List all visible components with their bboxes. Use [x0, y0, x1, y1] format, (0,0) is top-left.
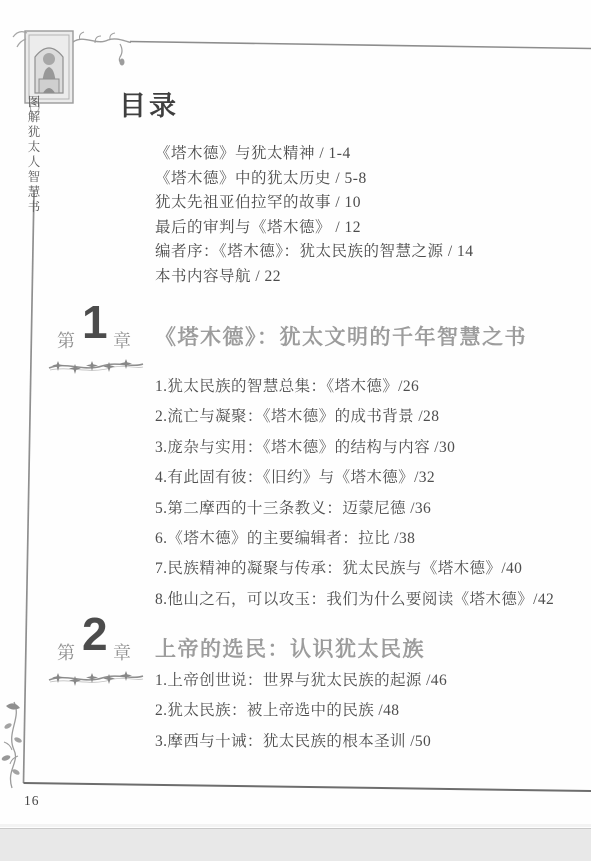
toc-entry: 5.第二摩西的十三条教义：迈蒙尼德 /36	[155, 494, 575, 524]
toc-entry: 6.《塔木德》的主要编辑者：拉比 /38	[155, 524, 575, 554]
left-rule-line	[24, 190, 35, 783]
chapter-title: 《塔木德》：犹太文明的千年智慧之书	[155, 321, 527, 351]
toc-entry: 7.民族精神的凝聚与传承：犹太民族与《塔木德》/40	[155, 554, 575, 584]
toc-entry: 2.流亡与凝聚：《塔木德》的成书背景 /28	[155, 402, 575, 432]
chapter-vine-ornament	[48, 663, 144, 689]
toc-entry: 犹太先祖亚伯拉罕的故事 / 10	[155, 191, 555, 216]
chapter-label-suffix: 章	[113, 327, 132, 353]
toc-entry: 本书内容导航 / 22	[155, 265, 555, 290]
chapter-number: 1	[82, 299, 108, 345]
chapter-vine-ornament	[48, 351, 144, 377]
chapter-title: 上帝的选民：认识犹太民族	[155, 633, 425, 663]
chapter-label-suffix: 章	[113, 639, 132, 665]
toc-entry: 3.摩西与十诫：犹太民族的根本圣训 /50	[155, 727, 575, 757]
chapter-label-prefix: 第	[57, 639, 76, 665]
front-matter-list: 《塔木德》与犹太精神 / 1-4 《塔木德》中的犹太历史 / 5-8 犹太先祖亚…	[155, 142, 555, 289]
toc-entry: 《塔木德》与犹太精神 / 1-4	[155, 142, 555, 167]
toc-entry: 4.有此固有彼：《旧约》与《塔木德》/32	[155, 463, 575, 493]
chapter-1-items: 1.犹太民族的智慧总集：《塔木德》/26 2.流亡与凝聚：《塔木德》的成书背景 …	[155, 372, 575, 615]
illuminated-ornament	[13, 31, 73, 115]
toc-entry: 编者序：《塔木德》：犹太民族的智慧之源 / 14	[155, 240, 555, 265]
top-vine	[73, 32, 131, 66]
chapter-1-header: 第 1 章 《塔木德》：犹太文明的千年智慧之书	[55, 303, 555, 383]
toc-entry: 1.犹太民族的智慧总集：《塔木德》/26	[155, 372, 575, 402]
toc-entry: 1.上帝创世说：世界与犹太民族的起源 /46	[155, 666, 575, 696]
toc-entry: 《塔木德》中的犹太历史 / 5-8	[155, 167, 555, 192]
toc-entry: 3.庞杂与实用：《塔木德》的结构与内容 /30	[155, 433, 575, 463]
page-title: 目录	[119, 84, 179, 123]
toc-entry: 8.他山之石，可以攻玉：我们为什么要阅读《塔木德》/42	[155, 585, 575, 615]
page-number: 16	[24, 793, 40, 809]
chapter-label-prefix: 第	[57, 327, 76, 353]
page-edge-highlight	[0, 824, 591, 827]
chapter-2-items: 1.上帝创世说：世界与犹太民族的起源 /46 2.犹太民族：被上帝选中的民族 /…	[155, 666, 575, 757]
spine-title: 图解犹太人智慧书	[25, 95, 42, 215]
chapter-number: 2	[82, 611, 108, 657]
bottom-left-floral	[1, 702, 23, 788]
toc-entry: 2.犹太民族：被上帝选中的民族 /48	[155, 696, 575, 726]
bottom-rule-line	[24, 783, 591, 791]
toc-entry: 最后的审判与《塔木德》 / 12	[155, 216, 555, 241]
scan-edge-strip	[0, 828, 591, 861]
top-rule-line	[130, 42, 591, 49]
